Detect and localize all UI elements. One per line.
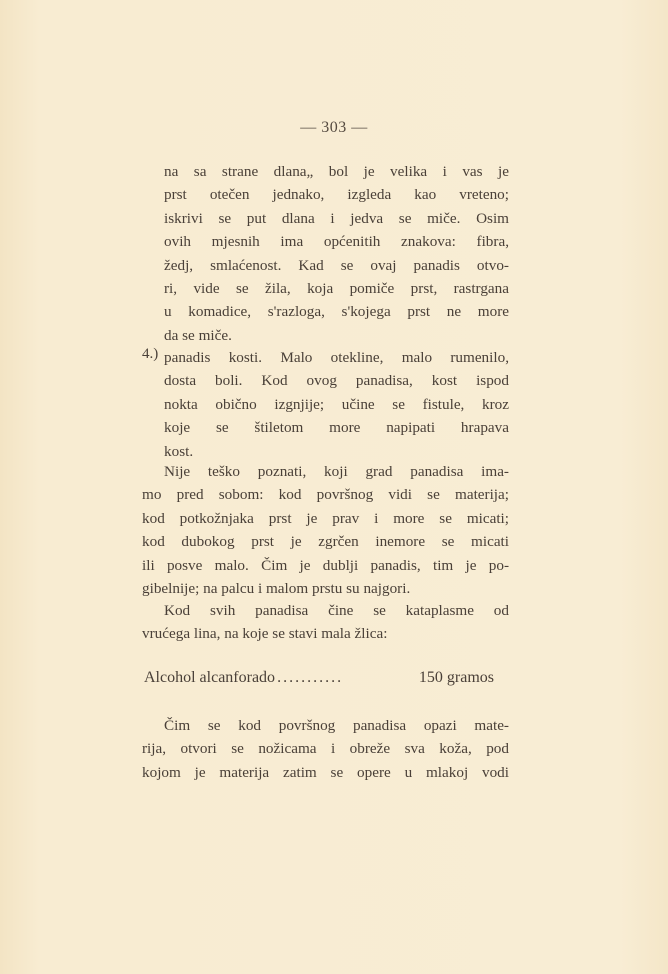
formula-line: Alcohol alcanforado ........... 150 gram…: [144, 669, 494, 687]
text-line: ili posve malo. Čim je dublji panadis, t…: [142, 554, 509, 577]
leader-dots: ...........: [277, 669, 417, 687]
paragraph-1: na sa strane dlana„ bol je velika i vas …: [164, 160, 509, 347]
item-number-label: 4.): [142, 346, 158, 363]
text-line: Kod svih panadisa čine se kataplasme od: [142, 599, 509, 622]
text-line: u komadice, s'razloga, s'kojega prst ne …: [164, 300, 509, 323]
text-line: prst otečen jednako, izgleda kao vreteno…: [164, 183, 509, 206]
item-4-text: panadis kosti. Malo otekline, malo rumen…: [164, 346, 509, 463]
paragraph-3: Kod svih panadisa čine se kataplasme od …: [142, 599, 509, 646]
text-line: da se miče.: [164, 324, 509, 347]
page-number: — 303 —: [0, 119, 668, 137]
text-line: iskrivi se put dlana i jedva se miče. Os…: [164, 207, 509, 230]
text-line: ovih mjesnih ima općenitih znakova: fibr…: [164, 230, 509, 253]
text-line: kod potkožnjaka prst je prav i more se m…: [142, 507, 509, 530]
text-line: na sa strane dlana„ bol je velika i vas …: [164, 160, 509, 183]
formula-ingredient: Alcohol alcanforado: [144, 669, 275, 687]
text-line: ri, vide se žila, koja pomiče prst, rast…: [164, 277, 509, 300]
text-line: rija, otvori se nožicama i obreže sva ko…: [142, 737, 509, 760]
paragraph-4: Čim se kod površnog panadisa opazi mate-…: [142, 714, 509, 784]
text-line: mo pred sobom: kod površnog vidi se mate…: [142, 483, 509, 506]
text-line: kojom je materija zatim se opere u mlako…: [142, 761, 509, 784]
paragraph-2: Nije teško poznati, koji grad panadisa i…: [142, 460, 509, 600]
text-line: žedj, smlaćenost. Kad se ovaj panadis ot…: [164, 254, 509, 277]
text-line: Čim se kod površnog panadisa opazi mate-: [142, 714, 509, 737]
formula-amount: 150 gramos: [419, 669, 494, 687]
text-line: dosta boli. Kod ovog panadisa, kost ispo…: [164, 369, 509, 392]
text-line: gibelnije; na palcu i malom prstu su naj…: [142, 577, 509, 600]
text-line: Nije teško poznati, koji grad panadisa i…: [142, 460, 509, 483]
text-line: vrućega lina, na koje se stavi mala žlic…: [142, 622, 509, 645]
text-line: nokta obično izgnjije; učine se fistule,…: [164, 393, 509, 416]
text-line: koje se štiletom more napipati hrapava: [164, 416, 509, 439]
text-line: panadis kosti. Malo otekline, malo rumen…: [164, 346, 509, 369]
text-line: kod dubokog prst je zgrčen inemore se mi…: [142, 530, 509, 553]
